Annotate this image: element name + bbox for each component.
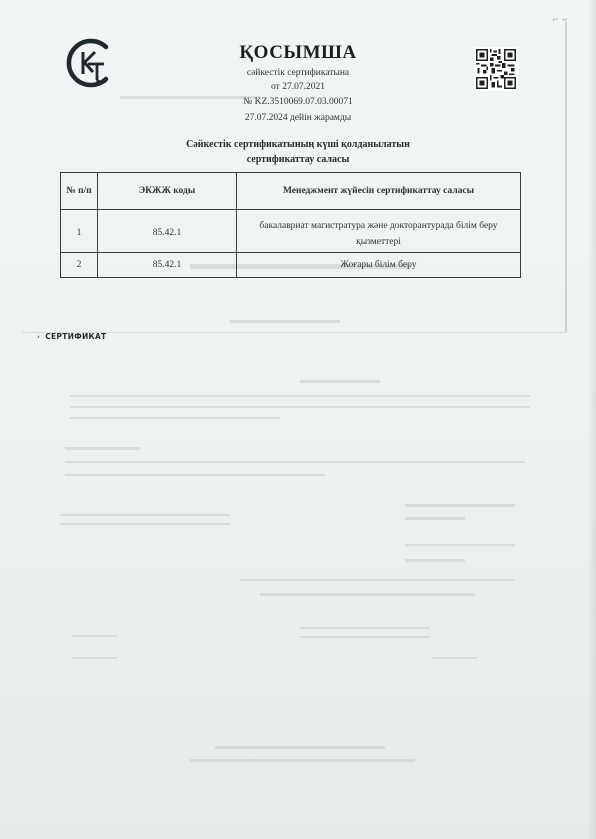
row-scope: Жоғары білім беру: [237, 253, 521, 278]
row-number: 1: [61, 210, 98, 253]
table-row: 2 85.42.1 Жоғары білім беру: [61, 253, 521, 278]
header-code: ЭКЖЖ коды: [98, 173, 237, 210]
certificate-issue-date: от 27.07.2021: [0, 82, 596, 92]
scope-heading-line1: Сәйкестік сертификатының күші қолданылат…: [0, 137, 596, 152]
row-number: 2: [61, 253, 98, 278]
table-row: 1 85.42.1 бакалавриат магистратура және …: [61, 210, 521, 253]
corner-mark: ⌐ ⌐: [553, 14, 568, 24]
row-scope: бакалавриат магистратура және докторанту…: [237, 210, 521, 253]
certificate-reference-label: сәйкестік сертификатына: [0, 68, 596, 78]
header-number: № п/п: [61, 173, 98, 210]
certification-scope-table: № п/п ЭКЖЖ коды Менеджмент жүйесін серти…: [60, 172, 521, 278]
page-shadow: [588, 0, 596, 839]
row-code: 85.42.1: [98, 210, 237, 253]
scope-heading: Сәйкестік сертификатының күші қолданылат…: [0, 137, 596, 167]
certificate-number: № KZ.3510069.07.03.00071: [0, 97, 596, 107]
table-header-row: № п/п ЭКЖЖ коды Менеджмент жүйесін серти…: [61, 173, 521, 210]
certificate-section-link[interactable]: ›СЕРТИФИКАТ: [37, 332, 106, 341]
certificate-valid-until: 27.07.2024 дейін жарамды: [0, 113, 596, 123]
document-title: ҚОСЫМША: [0, 42, 596, 64]
certificate-section-label: СЕРТИФИКАТ: [45, 332, 106, 341]
chevron-right-icon: ›: [37, 333, 40, 341]
scope-heading-line2: сертификаттау саласы: [0, 152, 596, 167]
row-code: 85.42.1: [98, 253, 237, 278]
header-scope: Менеджмент жүйесін сертификаттау саласы: [237, 173, 521, 210]
